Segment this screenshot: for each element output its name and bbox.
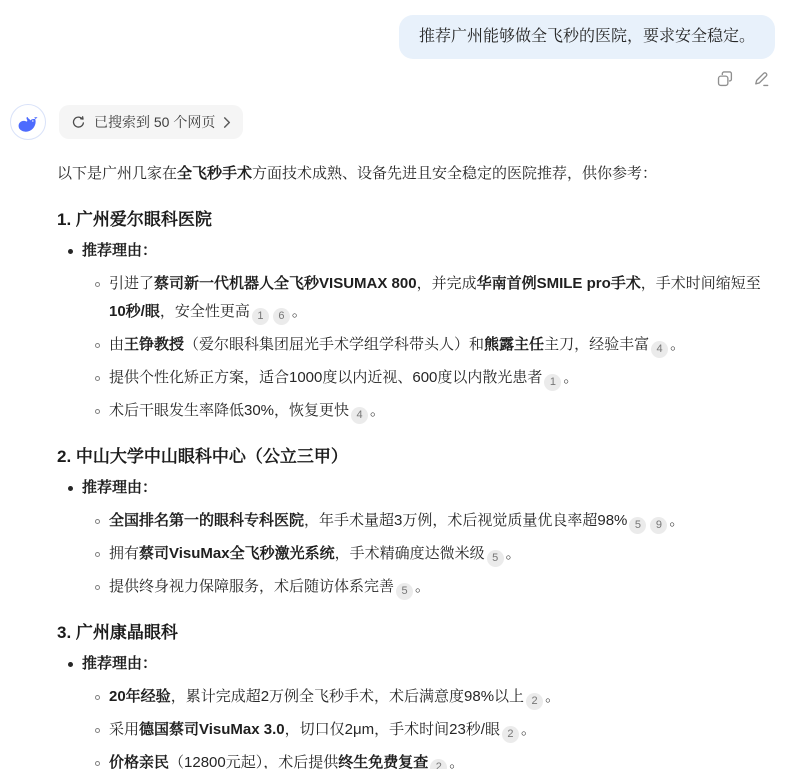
bold-text: 德国蔡司VisuMax 3.0: [139, 721, 285, 738]
chat-page: 推荐广州能够做全飞秒的医院，要求安全稳定。: [0, 0, 809, 769]
bullet-icon: [68, 249, 73, 254]
reason-item-text: 引进了蔡司新一代机器人全飞秒VISUMAX 800，并完成华南首例SMILE p…: [109, 270, 775, 326]
text-segment: 以下是广州几家在: [57, 165, 177, 182]
reason-item-text: 采用德国蔡司VisuMax 3.0，切口仅2μm，手术时间23秒/眼2。: [109, 716, 775, 744]
text-segment: 。: [292, 303, 307, 320]
circle-bullet-icon: [95, 728, 100, 733]
edit-icon[interactable]: [752, 70, 770, 88]
bold-text: 王铮教授: [124, 336, 184, 353]
text-segment: 方面技术成熟、设备先进且安全稳定的医院推荐，供你参考：: [252, 165, 657, 182]
bold-text: 价格亲民: [109, 754, 169, 769]
reason-label-item: 推荐理由：: [68, 237, 775, 265]
user-message-bubble: 推荐广州能够做全飞秒的医院，要求安全稳定。: [399, 15, 775, 59]
circle-bullet-icon: [95, 519, 100, 524]
circle-bullet-icon: [95, 695, 100, 700]
bold-text: 全飞秒手术: [177, 165, 252, 182]
circle-bullet-icon: [95, 282, 100, 287]
reason-item: 20年经验，累计完成超2万例全飞秒手术，术后满意度98%以上2。: [95, 683, 775, 711]
reason-item: 价格亲民（12800元起），术后提供终生免费复查2。: [95, 749, 775, 769]
reason-label-item: 推荐理由：: [68, 650, 775, 678]
text-segment: ，切口仅2μm，手术时间23秒/眼: [285, 721, 500, 738]
search-status-button[interactable]: 已搜索到 50 个网页: [59, 105, 243, 139]
reason-label: 推荐理由：: [82, 474, 775, 502]
reason-item: 拥有蔡司VisuMax全飞秒激光系统，手术精确度达微米级5。: [95, 540, 775, 568]
text-segment: 。: [521, 721, 536, 738]
text-segment: 。: [449, 754, 464, 769]
text-segment: （12800元起），术后提供: [169, 754, 338, 769]
citation-badge[interactable]: 6: [273, 308, 290, 325]
text-segment: 提供个性化矫正方案，适合1000度以内近视、600度以内散光患者: [109, 369, 542, 386]
circle-bullet-icon: [95, 376, 100, 381]
reason-item: 由王铮教授（爱尔眼科集团屈光手术学组学科带头人）和熊露主任主刀，经验丰富4。: [95, 331, 775, 359]
citation-badge[interactable]: 5: [487, 550, 504, 567]
reason-item-text: 价格亲民（12800元起），术后提供终生免费复查2。: [109, 749, 775, 769]
reason-item: 全国排名第一的眼科专科医院，年手术量超3万例，术后视觉质量优良率超98%59。: [95, 507, 775, 535]
text-segment: ，安全性更高: [160, 303, 250, 320]
citation-badge[interactable]: 4: [651, 341, 668, 358]
text-segment: ，并完成: [417, 275, 477, 292]
section-heading: 2. 中山大学中山眼科中心（公立三甲）: [57, 445, 775, 469]
bullet-icon: [68, 486, 73, 491]
chevron-right-icon: [223, 117, 231, 128]
hospital-section: 3. 广州康晶眼科推荐理由：20年经验，累计完成超2万例全飞秒手术，术后满意度9…: [57, 621, 775, 769]
citation-badge[interactable]: 2: [430, 759, 447, 769]
sections: 1. 广州爱尔眼科医院推荐理由：引进了蔡司新一代机器人全飞秒VISUMAX 80…: [57, 208, 775, 769]
deepseek-whale-icon: [17, 111, 40, 134]
bold-text: 终生免费复查: [338, 754, 428, 769]
assistant-header: 已搜索到 50 个网页: [10, 104, 775, 140]
citation-badge[interactable]: 1: [252, 308, 269, 325]
search-status-label: 已搜索到 50 个网页: [94, 112, 215, 132]
reason-label: 推荐理由：: [82, 237, 775, 265]
bold-text: 10秒/眼: [109, 303, 160, 320]
reason-item-text: 提供个性化矫正方案，适合1000度以内近视、600度以内散光患者1。: [109, 364, 775, 392]
text-segment: 主刀，经验丰富: [544, 336, 649, 353]
section-heading: 1. 广州爱尔眼科医院: [57, 208, 775, 232]
bold-text: 华南首例SMILE pro手术: [477, 275, 641, 292]
text-segment: 。: [506, 545, 521, 562]
text-segment: 拥有: [109, 545, 139, 562]
text-segment: 采用: [109, 721, 139, 738]
bold-text: 蔡司新一代机器人全飞秒VISUMAX 800: [154, 275, 417, 292]
text-segment: ，累计完成超2万例全飞秒手术，术后满意度98%以上: [171, 688, 524, 705]
citation-badge[interactable]: 2: [526, 693, 543, 710]
bold-text: 20年经验: [109, 688, 171, 705]
citation-badge[interactable]: 5: [629, 517, 646, 534]
user-message-row: 推荐广州能够做全飞秒的医院，要求安全稳定。: [10, 0, 775, 59]
reason-item: 采用德国蔡司VisuMax 3.0，切口仅2μm，手术时间23秒/眼2。: [95, 716, 775, 744]
bold-text: 全国排名第一的眼科专科医院: [109, 512, 304, 529]
reason-item-text: 20年经验，累计完成超2万例全飞秒手术，术后满意度98%以上2。: [109, 683, 775, 711]
citation-badge[interactable]: 4: [351, 407, 368, 424]
circle-bullet-icon: [95, 552, 100, 557]
reason-item-text: 全国排名第一的眼科专科医院，年手术量超3万例，术后视觉质量优良率超98%59。: [109, 507, 775, 535]
text-segment: （爱尔眼科集团屈光手术学组学科带头人）和: [184, 336, 484, 353]
text-segment: 由: [109, 336, 124, 353]
text-segment: ，手术时间缩短至: [641, 275, 761, 292]
web-search-icon: [71, 115, 86, 130]
citation-badge[interactable]: 9: [650, 517, 667, 534]
circle-bullet-icon: [95, 409, 100, 414]
reason-item-text: 由王铮教授（爱尔眼科集团屈光手术学组学科带头人）和熊露主任主刀，经验丰富4。: [109, 331, 775, 359]
reason-item: 提供终身视力保障服务，术后随访体系完善5。: [95, 573, 775, 601]
citation-badge[interactable]: 2: [502, 726, 519, 743]
text-segment: 。: [370, 402, 385, 419]
text-segment: 。: [669, 512, 684, 529]
hospital-section: 2. 中山大学中山眼科中心（公立三甲）推荐理由：全国排名第一的眼科专科医院，年手…: [57, 445, 775, 601]
text-segment: 引进了: [109, 275, 154, 292]
text-segment: ，手术精确度达微米级: [335, 545, 485, 562]
text-segment: ，年手术量超3万例，术后视觉质量优良率超98%: [304, 512, 627, 529]
reason-item-text: 拥有蔡司VisuMax全飞秒激光系统，手术精确度达微米级5。: [109, 540, 775, 568]
reason-item: 提供个性化矫正方案，适合1000度以内近视、600度以内散光患者1。: [95, 364, 775, 392]
section-heading: 3. 广州康晶眼科: [57, 621, 775, 645]
bold-text: 蔡司VisuMax全飞秒激光系统: [139, 545, 335, 562]
citation-badge[interactable]: 1: [544, 374, 561, 391]
hospital-section: 1. 广州爱尔眼科医院推荐理由：引进了蔡司新一代机器人全飞秒VISUMAX 80…: [57, 208, 775, 425]
assistant-answer: 以下是广州几家在全飞秒手术方面技术成熟、设备先进且安全稳定的医院推荐，供你参考：…: [57, 160, 775, 769]
bold-text: 熊露主任: [484, 336, 544, 353]
text-segment: 术后干眼发生率降低30%，恢复更快: [109, 402, 349, 419]
copy-icon[interactable]: [716, 70, 734, 88]
circle-bullet-icon: [95, 343, 100, 348]
reason-item: 术后干眼发生率降低30%，恢复更快4。: [95, 397, 775, 425]
reason-label: 推荐理由：: [82, 650, 775, 678]
text-segment: 。: [563, 369, 578, 386]
circle-bullet-icon: [95, 585, 100, 590]
text-segment: 。: [670, 336, 685, 353]
text-segment: 。: [545, 688, 560, 705]
reason-item-text: 提供终身视力保障服务，术后随访体系完善5。: [109, 573, 775, 601]
citation-badge[interactable]: 5: [396, 583, 413, 600]
circle-bullet-icon: [95, 761, 100, 766]
bullet-icon: [68, 662, 73, 667]
text-segment: 提供终身视力保障服务，术后随访体系完善: [109, 578, 394, 595]
reason-item: 引进了蔡司新一代机器人全飞秒VISUMAX 800，并完成华南首例SMILE p…: [95, 270, 775, 326]
reason-item-text: 术后干眼发生率降低30%，恢复更快4。: [109, 397, 775, 425]
assistant-avatar: [10, 104, 46, 140]
message-actions: [10, 59, 775, 88]
intro-paragraph: 以下是广州几家在全飞秒手术方面技术成熟、设备先进且安全稳定的医院推荐，供你参考：: [57, 160, 775, 188]
text-segment: 。: [415, 578, 430, 595]
reason-label-item: 推荐理由：: [68, 474, 775, 502]
